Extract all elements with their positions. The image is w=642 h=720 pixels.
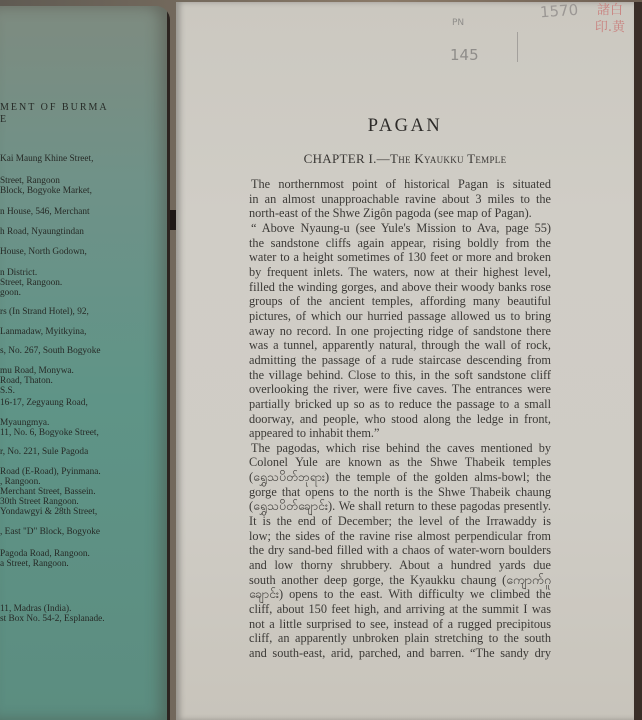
address-line: Kai Maung Khine Street, xyxy=(0,154,160,166)
body-line: and low thorny shrubbery. About a hundre… xyxy=(249,558,551,573)
address-line: h Road, Nyaungtindan xyxy=(0,227,160,239)
body-line: (ရွှေသပိတ်ချောင်း). We shall return to t… xyxy=(249,499,551,514)
left-header-line-2: E xyxy=(0,114,170,126)
address-line: n House, 546, Merchant xyxy=(0,207,160,219)
left-page-header: MENT OF BURMA E xyxy=(0,102,170,126)
address-line: Yondawgyi & 28th Street, xyxy=(0,507,160,519)
left-header-line-1: MENT OF BURMA xyxy=(0,102,170,114)
body-line: It is the end of December; the level of … xyxy=(249,514,551,529)
chapter-heading: CHAPTER I.—The Kyaukku Temple xyxy=(176,151,634,167)
body-line: (ရွှေသပိတ်ဘုရား) the temple of the golde… xyxy=(249,470,551,485)
body-line: in an almost unapproachable ravine about… xyxy=(249,192,551,207)
address-line: Block, Bogyoke Market, xyxy=(0,186,160,198)
body-line: ချောင်း) opens to the east. With difficu… xyxy=(249,587,551,602)
body-line: partially bricked up so as to reduce the… xyxy=(249,397,551,412)
body-line: The pagodas, which rise behind the caves… xyxy=(249,441,551,456)
right-page-edge xyxy=(634,2,642,720)
body-line: filled the winding gorges, and above the… xyxy=(249,280,551,295)
address-line: s, No. 267, South Bogyoke xyxy=(0,346,160,358)
body-text: The northernmost point of historical Pag… xyxy=(249,177,551,661)
address-line: Lanmadaw, Myitkyina, xyxy=(0,327,160,339)
address-line: , East "D" Block, Bogyoke xyxy=(0,527,160,539)
body-line: overlooking the river, were five caves. … xyxy=(249,382,551,397)
body-line: appeared to inhabit them.” xyxy=(249,426,551,441)
body-line: groups of the ancient temples, affording… xyxy=(249,294,551,309)
body-line: admitting the passage of a rude staircas… xyxy=(249,353,551,368)
left-page-edge xyxy=(167,6,170,720)
address-line: a Street, Rangoon. xyxy=(0,559,160,571)
body-line: not a little surprised to see, instead o… xyxy=(249,617,551,632)
address-line: S.S. xyxy=(0,386,160,398)
body-line: cliff, an apparently unbroken plain stre… xyxy=(249,631,551,646)
address-line: st Box No. 54-2, Esplanade. xyxy=(0,614,160,626)
body-line: by frequent inlets. The waters, now at t… xyxy=(249,265,551,280)
stamp-line-1: 諸白 xyxy=(586,2,634,19)
body-line: the dry sand-bed filled with a chaos of … xyxy=(249,543,551,558)
address-line: goon. xyxy=(0,288,160,300)
body-line: north-east of the Shwe Zigôn pagoda (see… xyxy=(249,206,551,221)
address-line: 11, No. 6, Bogyoke Street, xyxy=(0,428,160,440)
red-ink-stamp: 諸白 印.黄 xyxy=(586,2,634,46)
body-line: doorway, and people, who stood along the… xyxy=(249,412,551,427)
chapter-prefix: CHAPTER I.— xyxy=(304,151,390,166)
address-line: 16-17, Zegyaung Road, xyxy=(0,398,160,410)
pencil-tick-mark xyxy=(517,32,518,62)
page-title: PAGAN xyxy=(176,116,634,137)
body-line: pictures, of which our hurried passage a… xyxy=(249,309,551,324)
body-line: the sandstone cliffs again appear, risin… xyxy=(249,236,551,251)
body-line: gorge that opens to the north is the Shw… xyxy=(249,485,551,500)
catalog-number-annotation: 1570 xyxy=(539,1,578,22)
body-line: south another deep gorge, the Kyaukku ch… xyxy=(249,573,551,588)
left-page-cover: MENT OF BURMA E Kai Maung Khine Street,S… xyxy=(0,6,170,720)
shelf-number-annotation: 145 xyxy=(450,46,479,64)
body-line: was a tunnel, apparently natural, throug… xyxy=(249,338,551,353)
body-line: The northernmost point of historical Pag… xyxy=(249,177,551,192)
body-line: away no record. In one projecting ridge … xyxy=(249,324,551,339)
body-line: water to a height sometimes of 130 feet … xyxy=(249,250,551,265)
address-line: House, North Godown, xyxy=(0,247,160,259)
body-line: and south-east, arid, parched, and barre… xyxy=(249,646,551,661)
small-pencil-mark: PN xyxy=(452,18,464,28)
body-line: cliff, about 150 feet high, and arriving… xyxy=(249,602,551,617)
address-line: rs (In Strand Hotel), 92, xyxy=(0,307,160,319)
body-line: Colonel Yule are known as the Shwe Thabe… xyxy=(249,455,551,470)
body-line: the village behind. Close to this, in th… xyxy=(249,368,551,383)
stamp-line-2: 印.黄 xyxy=(586,19,634,36)
body-line: “ Above Nyaung-u (see Yule's Mission to … xyxy=(249,221,551,236)
address-line: r, No. 221, Sule Pagoda xyxy=(0,447,160,459)
chapter-title: The Kyaukku Temple xyxy=(390,151,506,166)
body-line: low; the sides of the ravine rise almost… xyxy=(249,529,551,544)
